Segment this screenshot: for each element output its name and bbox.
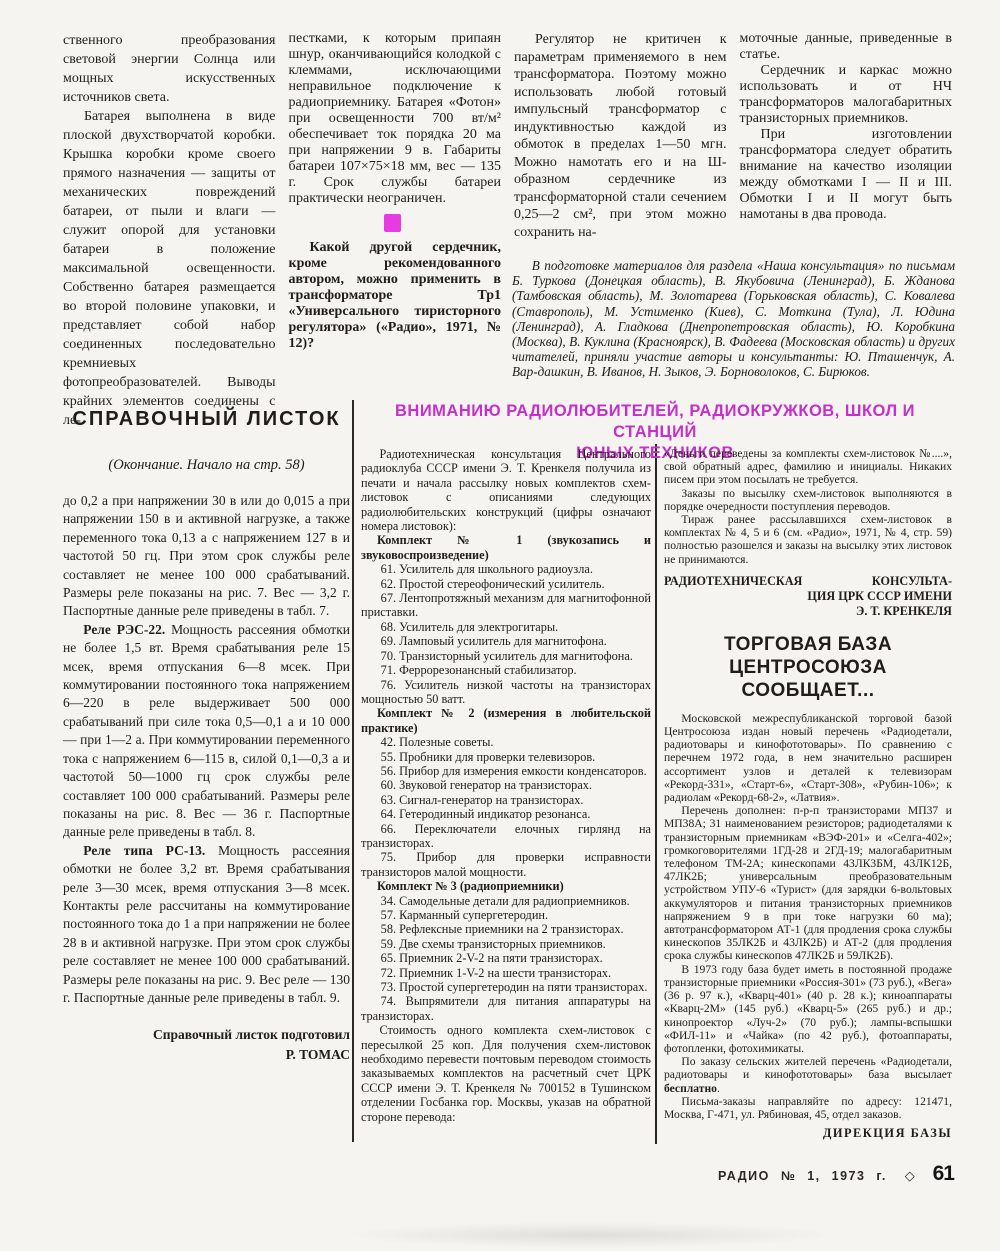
paragraph: моточные данные, приведенные в статье. <box>740 31 953 63</box>
paragraph-lead: Реле типа РС-13. <box>83 843 218 858</box>
paragraph: Реле типа РС-13. Мощность рассеяния обмо… <box>63 842 350 1008</box>
paragraph: Регулятор не критичен к параметрам приме… <box>514 31 727 241</box>
title-line: ТОРГОВАЯ БАЗА ЦЕНТРОСОЮЗА <box>664 633 952 679</box>
paragraph: Перечень дополнен: п-р-п транзисторами М… <box>664 804 952 962</box>
journal-issue-label: РАДИО № 1, 1973 г. <box>718 1169 887 1183</box>
paragraph: Реле РЭС-22. Мощность рассеяния обмотки … <box>63 621 350 842</box>
list-item: 63. Сигнал-генератор на транзисторах. <box>361 793 651 807</box>
paragraph: ственного преобразования световой энерги… <box>63 31 276 107</box>
list-item: 34. Самодельные детали для радиоприемник… <box>361 894 651 908</box>
list-item: 74. Выпрямители для питания аппаратуры н… <box>361 994 651 1023</box>
signature-line: Р. ТОМАС <box>63 1045 350 1065</box>
column-divider-left <box>352 400 354 1142</box>
author-signature: Справочный листок подготовил Р. ТОМАС <box>63 1025 350 1065</box>
paragraph: Московской межреспубликанской торговой б… <box>664 712 952 804</box>
magenta-marker <box>384 214 401 232</box>
credits-note: В подготовке материалов для раздела «Наш… <box>512 258 955 380</box>
article-column-1: ственного преобразования световой энерги… <box>63 31 276 430</box>
section-subtitle: (Окончание. Начало на стр. 58) <box>63 457 350 474</box>
section-title-trade-base: ТОРГОВАЯ БАЗА ЦЕНТРОСОЮЗА СООБЩАЕТ... <box>664 633 952 702</box>
list-item: 64. Гетеродинный индикатор резонанса. <box>361 807 651 821</box>
list-item: 59. Две схемы транзисторных приемников. <box>361 937 651 951</box>
kit-heading: Комплект № 1 (звукозапись и звуковоспрои… <box>361 533 651 562</box>
list-item: 55. Пробники для проверки телевизоров. <box>361 750 651 764</box>
list-item: 75. Прибор для проверки исправности тран… <box>361 850 651 879</box>
banner-line: ВНИМАНИЮ РАДИОЛЮБИТЕЛЕЙ, РАДИОКРУЖКОВ, Ш… <box>358 401 952 443</box>
paragraph: до 0,2 а при напряжении 30 в или до 0,01… <box>63 492 350 621</box>
cost-paragraph: Стоимость одного комплекта схем-листовок… <box>361 1023 651 1124</box>
signature-line: Э. Т. КРЕНКЕЛЯ <box>664 604 952 619</box>
list-item: 67. Лентопротяжный механизм для магнитоф… <box>361 591 651 620</box>
list-item: 62. Простой стереофонический усилитель. <box>361 577 651 591</box>
paragraph-lead: Реле РЭС-22. <box>83 622 171 637</box>
schematics-list-column: Радиотехническая консультация Центрально… <box>361 447 651 1124</box>
kit-heading: Комплект № 3 (радиоприемники) <box>361 879 651 893</box>
list-item: 72. Приемник 1-V-2 на шести транзисторах… <box>361 966 651 980</box>
list-item: 73. Простой супергетеродин на пяти транз… <box>361 980 651 994</box>
list-item: 69. Ламповый усилитель для магнитофона. <box>361 634 651 648</box>
reference-sheet-column: СПРАВОЧНЫЙ ЛИСТОК (Окончание. Начало на … <box>63 408 350 1065</box>
paragraph: пестками, к которым припаян шнур, оканчи… <box>289 31 502 207</box>
list-item: 56. Прибор для измерения емкости конденс… <box>361 764 651 778</box>
paragraph-text: . <box>717 1082 720 1095</box>
list-item: 68. Усилитель для электрогитары. <box>361 620 651 634</box>
paragraph-text: Мощность рассеяния обмотки не более 3,2 … <box>63 843 350 1005</box>
trade-signature: ДИРЕКЦИЯ БАЗЫ <box>664 1127 952 1140</box>
list-item: 57. Карманный супергетеродин. <box>361 908 651 922</box>
list-item: 70. Транзисторный усилитель для магнитоф… <box>361 649 651 663</box>
section-title-reference-sheet: СПРАВОЧНЫЙ ЛИСТОК <box>63 408 350 431</box>
list-item: 58. Рефлексные приемники на 2 транзистор… <box>361 922 651 936</box>
paragraph: Заказы по высылку схем-листовок выполняю… <box>664 487 952 513</box>
paragraph: Сердечник и каркас можно использовать и … <box>740 63 953 127</box>
list-item: 66. Переключатели елочных гирлянд на тра… <box>361 822 651 851</box>
address-paragraph: Письма-заказы направляйте по адресу: 121… <box>664 1095 952 1121</box>
paragraph-text: до 0,2 а при напряжении 30 в или до 0,01… <box>63 493 350 618</box>
paragraph: В 1973 году база будет иметь в постоянно… <box>664 963 952 1055</box>
list-item: 60. Звуковой генератор на транзисторах. <box>361 778 651 792</box>
signature-line: РАДИОТЕХНИЧЕСКАЯ КОНСУЛЬТА- <box>664 574 952 589</box>
paragraph: При изготовлении трансформатора следует … <box>740 127 953 223</box>
paragraph: По заказу сельских жителей перечень «Рад… <box>664 1055 952 1095</box>
right-column: «Деньги переведены за комплекты схем-лис… <box>664 447 952 1140</box>
kit-heading: Комплект № 2 (измерения в любительской п… <box>361 706 651 735</box>
list-item: 61. Усилитель для школьного радиоузла. <box>361 562 651 576</box>
article-column-2: пестками, к которым припаян шнур, оканчи… <box>289 31 502 430</box>
emphasized-word: бесплатно <box>664 1082 717 1095</box>
paragraph: «Деньги переведены за комплекты схем-лис… <box>664 447 952 487</box>
intro-paragraph: Радиотехническая консультация Центрально… <box>361 447 651 533</box>
diamond-icon: ◇ <box>905 1168 915 1184</box>
magazine-page-scan: ственного преобразования световой энерги… <box>0 0 1000 1251</box>
paragraph-text: Мощность рассеяния обмотки не более 1,5 … <box>63 622 350 839</box>
page-footer: РАДИО № 1, 1973 г. ◇ 61 <box>718 1162 954 1186</box>
paragraph-text: По заказу сельских жителей перечень «Рад… <box>664 1055 952 1081</box>
paragraph: Тираж ранее рассылавшихся схем-листовок … <box>664 513 952 566</box>
list-item: 65. Приемник 2-V-2 на пяти транзисторах. <box>361 951 651 965</box>
list-item: 76. Усилитель низкой частоты на транзист… <box>361 678 651 707</box>
signature-line: ЦИЯ ЦРК СССР ИМЕНИ <box>664 589 952 604</box>
signature-line: Справочный листок подготовил <box>63 1025 350 1045</box>
list-item: 71. Феррорезонансный стабилизатор. <box>361 663 651 677</box>
title-line: СООБЩАЕТ... <box>664 679 952 702</box>
paragraph: Батарея выполнена в виде плоской двухств… <box>63 107 276 430</box>
column-divider-right <box>655 444 657 1144</box>
list-item: 42. Полезные советы. <box>361 735 651 749</box>
page-number: 61 <box>933 1162 954 1186</box>
consultation-signature: РАДИОТЕХНИЧЕСКАЯ КОНСУЛЬТА- ЦИЯ ЦРК СССР… <box>664 574 952 619</box>
scan-shadow <box>340 1222 840 1248</box>
question-paragraph: Какой другой сердечник, кроме рекомендов… <box>289 240 502 352</box>
